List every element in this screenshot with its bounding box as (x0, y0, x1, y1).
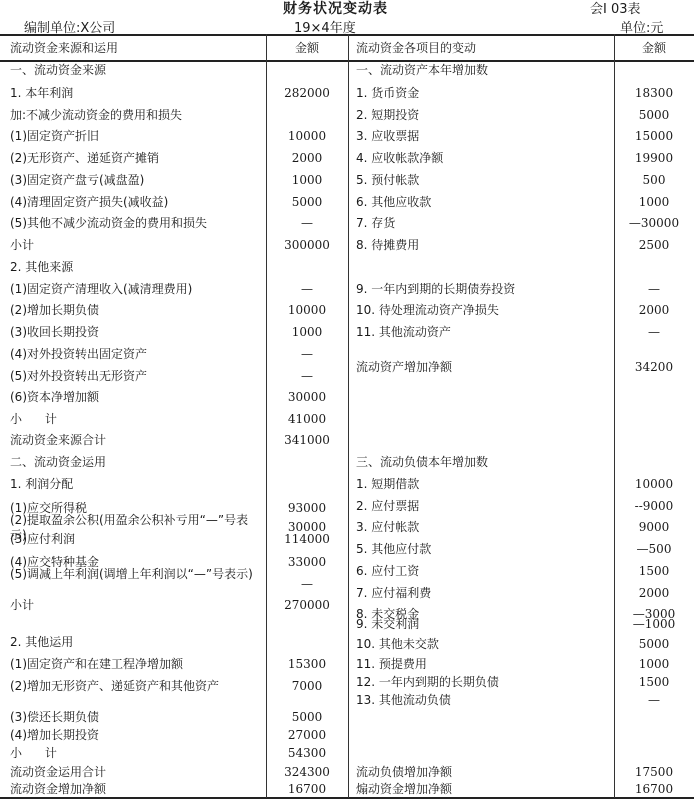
left-row-amount: 324300 (266, 763, 348, 781)
left-row-amount: 5000 (266, 193, 348, 211)
right-row-label: 9. 未交利润 (356, 615, 419, 633)
col-header-left-amount: 金额 (266, 39, 348, 57)
left-row-amount: 282000 (266, 84, 348, 102)
left-row-label: 流动资金来源合计 (10, 431, 106, 449)
right-row-amount: 5000 (614, 635, 694, 653)
right-row-amount: —500 (614, 540, 694, 558)
left-row-label: (2)增加长期负债 (10, 301, 99, 319)
right-row-label: 7. 应付福利费 (356, 584, 431, 602)
right-row-amount: —1000 (614, 615, 694, 633)
left-row-label: 2. 其他运用 (10, 633, 73, 651)
left-row-label: 小 计 (10, 744, 57, 762)
right-row-amount: — (614, 280, 694, 298)
left-row-amount: 341000 (266, 431, 348, 449)
report-title: 财务状况变动表 (283, 0, 388, 18)
right-row-label: 6. 其他应收款 (356, 193, 431, 211)
left-row-amount: 114000 (266, 530, 348, 548)
col-header-right-amount: 金额 (614, 39, 694, 57)
left-row-label: (3)固定资产盘亏(减盘盈) (10, 171, 144, 189)
right-row-amount: 9000 (614, 518, 694, 536)
right-row-amount: 18300 (614, 84, 694, 102)
left-row-label: (4)对外投资转出固定资产 (10, 345, 147, 363)
left-row-amount: 41000 (266, 410, 348, 428)
left-row-amount: 33000 (266, 553, 348, 571)
right-row-amount: — (614, 323, 694, 341)
left-row-amount: — (266, 214, 348, 232)
right-row-label: 10. 待处理流动资产净损失 (356, 301, 499, 319)
right-row-amount: 1000 (614, 655, 694, 673)
left-row-amount: 54300 (266, 744, 348, 762)
right-row-label: 12. 一年内到期的长期负债 (356, 673, 499, 691)
right-row-label: 2. 短期投资 (356, 106, 419, 124)
right-row-label: 7. 存货 (356, 214, 395, 232)
left-row-amount: 10000 (266, 127, 348, 145)
left-row-amount: 15300 (266, 655, 348, 673)
left-row-amount: — (266, 345, 348, 363)
left-row-amount: 27000 (266, 726, 348, 744)
left-row-label: 加:不减少流动资金的费用和损失 (10, 106, 182, 124)
left-row-amount: 30000 (266, 388, 348, 406)
right-row-amount: 2500 (614, 236, 694, 254)
right-row-amount: 2000 (614, 301, 694, 319)
right-row-amount: 5000 (614, 106, 694, 124)
col-header-left-item: 流动资金来源和运用 (10, 39, 118, 57)
left-row-label: (3)收回长期投资 (10, 323, 99, 341)
left-row-label: 二、流动资金运用 (10, 453, 106, 471)
right-row-amount: 10000 (614, 475, 694, 493)
left-row-label: (6)资本净增加额 (10, 388, 99, 406)
left-row-amount: 270000 (266, 596, 348, 614)
left-row-label: (5)对外投资转出无形资产 (10, 367, 147, 385)
left-row-label: 2. 其他来源 (10, 258, 73, 276)
right-row-label: 11. 其他流动资产 (356, 323, 451, 341)
right-row-amount: 500 (614, 171, 694, 189)
left-row-amount: — (266, 280, 348, 298)
left-row-label: 流动资金运用合计 (10, 763, 106, 781)
right-row-label: 3. 应付帐款 (356, 518, 419, 536)
left-row-amount: 2000 (266, 149, 348, 167)
right-row-amount: 15000 (614, 127, 694, 145)
left-row-amount: — (266, 575, 348, 593)
right-row-amount: 16700 (614, 780, 694, 798)
left-row-label: (4)清理固定资产损失(减收益) (10, 193, 168, 211)
right-row-label: 三、流动负债本年增加数 (356, 453, 488, 471)
left-row-label: (3)应付利润 (10, 530, 75, 548)
right-row-label: 流动资产增加净额 (356, 358, 452, 376)
right-row-amount: 1000 (614, 193, 694, 211)
right-row-amount: 2000 (614, 584, 694, 602)
right-row-label: 2. 应付票据 (356, 497, 419, 515)
right-row-amount: — (614, 691, 694, 709)
right-row-label: 流动负债增加净额 (356, 763, 452, 781)
left-row-amount: 16700 (266, 780, 348, 798)
right-row-amount: 34200 (614, 358, 694, 376)
left-row-label: (1)固定资产折旧 (10, 127, 99, 145)
right-row-label: 8. 待摊费用 (356, 236, 419, 254)
form-code: 会Ⅰ 03表 (590, 1, 641, 19)
right-row-label: 煽动资金增加净额 (356, 780, 452, 798)
right-row-label: 10. 其他未交款 (356, 635, 439, 653)
right-row-amount: 1500 (614, 673, 694, 691)
right-row-label: 1. 货币资金 (356, 84, 419, 102)
left-row-label: 小计 (10, 236, 34, 254)
left-row-label: (4)增加长期投资 (10, 726, 99, 744)
left-row-label: 1. 利润分配 (10, 475, 73, 493)
col-header-right-item: 流动资金各项目的变动 (356, 39, 476, 57)
right-row-label: 6. 应付工资 (356, 562, 419, 580)
left-row-label: (5)其他不减少流动资金的费用和损失 (10, 214, 207, 232)
left-row-label: (2)无形资产、递延资产摊销 (10, 149, 159, 167)
right-row-amount: —30000 (614, 214, 694, 232)
left-row-amount: 7000 (266, 677, 348, 695)
right-row-label: 11. 预提费用 (356, 655, 427, 673)
left-row-amount: 300000 (266, 236, 348, 254)
left-row-amount: 1000 (266, 171, 348, 189)
right-row-amount: 19900 (614, 149, 694, 167)
table-top-border (0, 34, 694, 36)
right-row-label: 1. 短期借款 (356, 475, 419, 493)
left-row-label: (1)固定资产和在建工程净增加额 (10, 655, 183, 673)
left-row-amount: 5000 (266, 708, 348, 726)
right-row-amount: --9000 (614, 497, 694, 515)
left-row-label: (5)调减上年利润(调增上年利润以“—”号表示) (10, 567, 260, 582)
left-row-label: (2)增加无形资产、递延资产和其他资产 (10, 677, 219, 695)
left-row-amount: 93000 (266, 499, 348, 517)
right-row-label: 13. 其他流动负债 (356, 691, 451, 709)
right-row-label: 4. 应收帐款净额 (356, 149, 443, 167)
divider-middle (348, 34, 349, 798)
left-row-amount: 10000 (266, 301, 348, 319)
left-row-label: 流动资金增加净额 (10, 780, 106, 798)
left-row-label: 1. 本年利润 (10, 84, 73, 102)
left-row-label: (1)固定资产清理收入(减清理费用) (10, 280, 192, 298)
left-row-label: 小计 (10, 596, 34, 614)
left-row-amount: — (266, 367, 348, 385)
right-row-label: 一、流动资产本年增加数 (356, 61, 488, 79)
right-row-label: 5. 其他应付款 (356, 540, 431, 558)
right-row-label: 3. 应收票据 (356, 127, 419, 145)
right-row-amount: 17500 (614, 763, 694, 781)
left-row-amount: 1000 (266, 323, 348, 341)
left-row-label: (3)偿还长期负债 (10, 708, 99, 726)
right-row-amount: 1500 (614, 562, 694, 580)
left-row-label: 小 计 (10, 410, 57, 428)
right-row-label: 5. 预付帐款 (356, 171, 419, 189)
right-row-label: 9. 一年内到期的长期债券投资 (356, 280, 515, 298)
left-row-label: 一、流动资金来源 (10, 61, 106, 79)
